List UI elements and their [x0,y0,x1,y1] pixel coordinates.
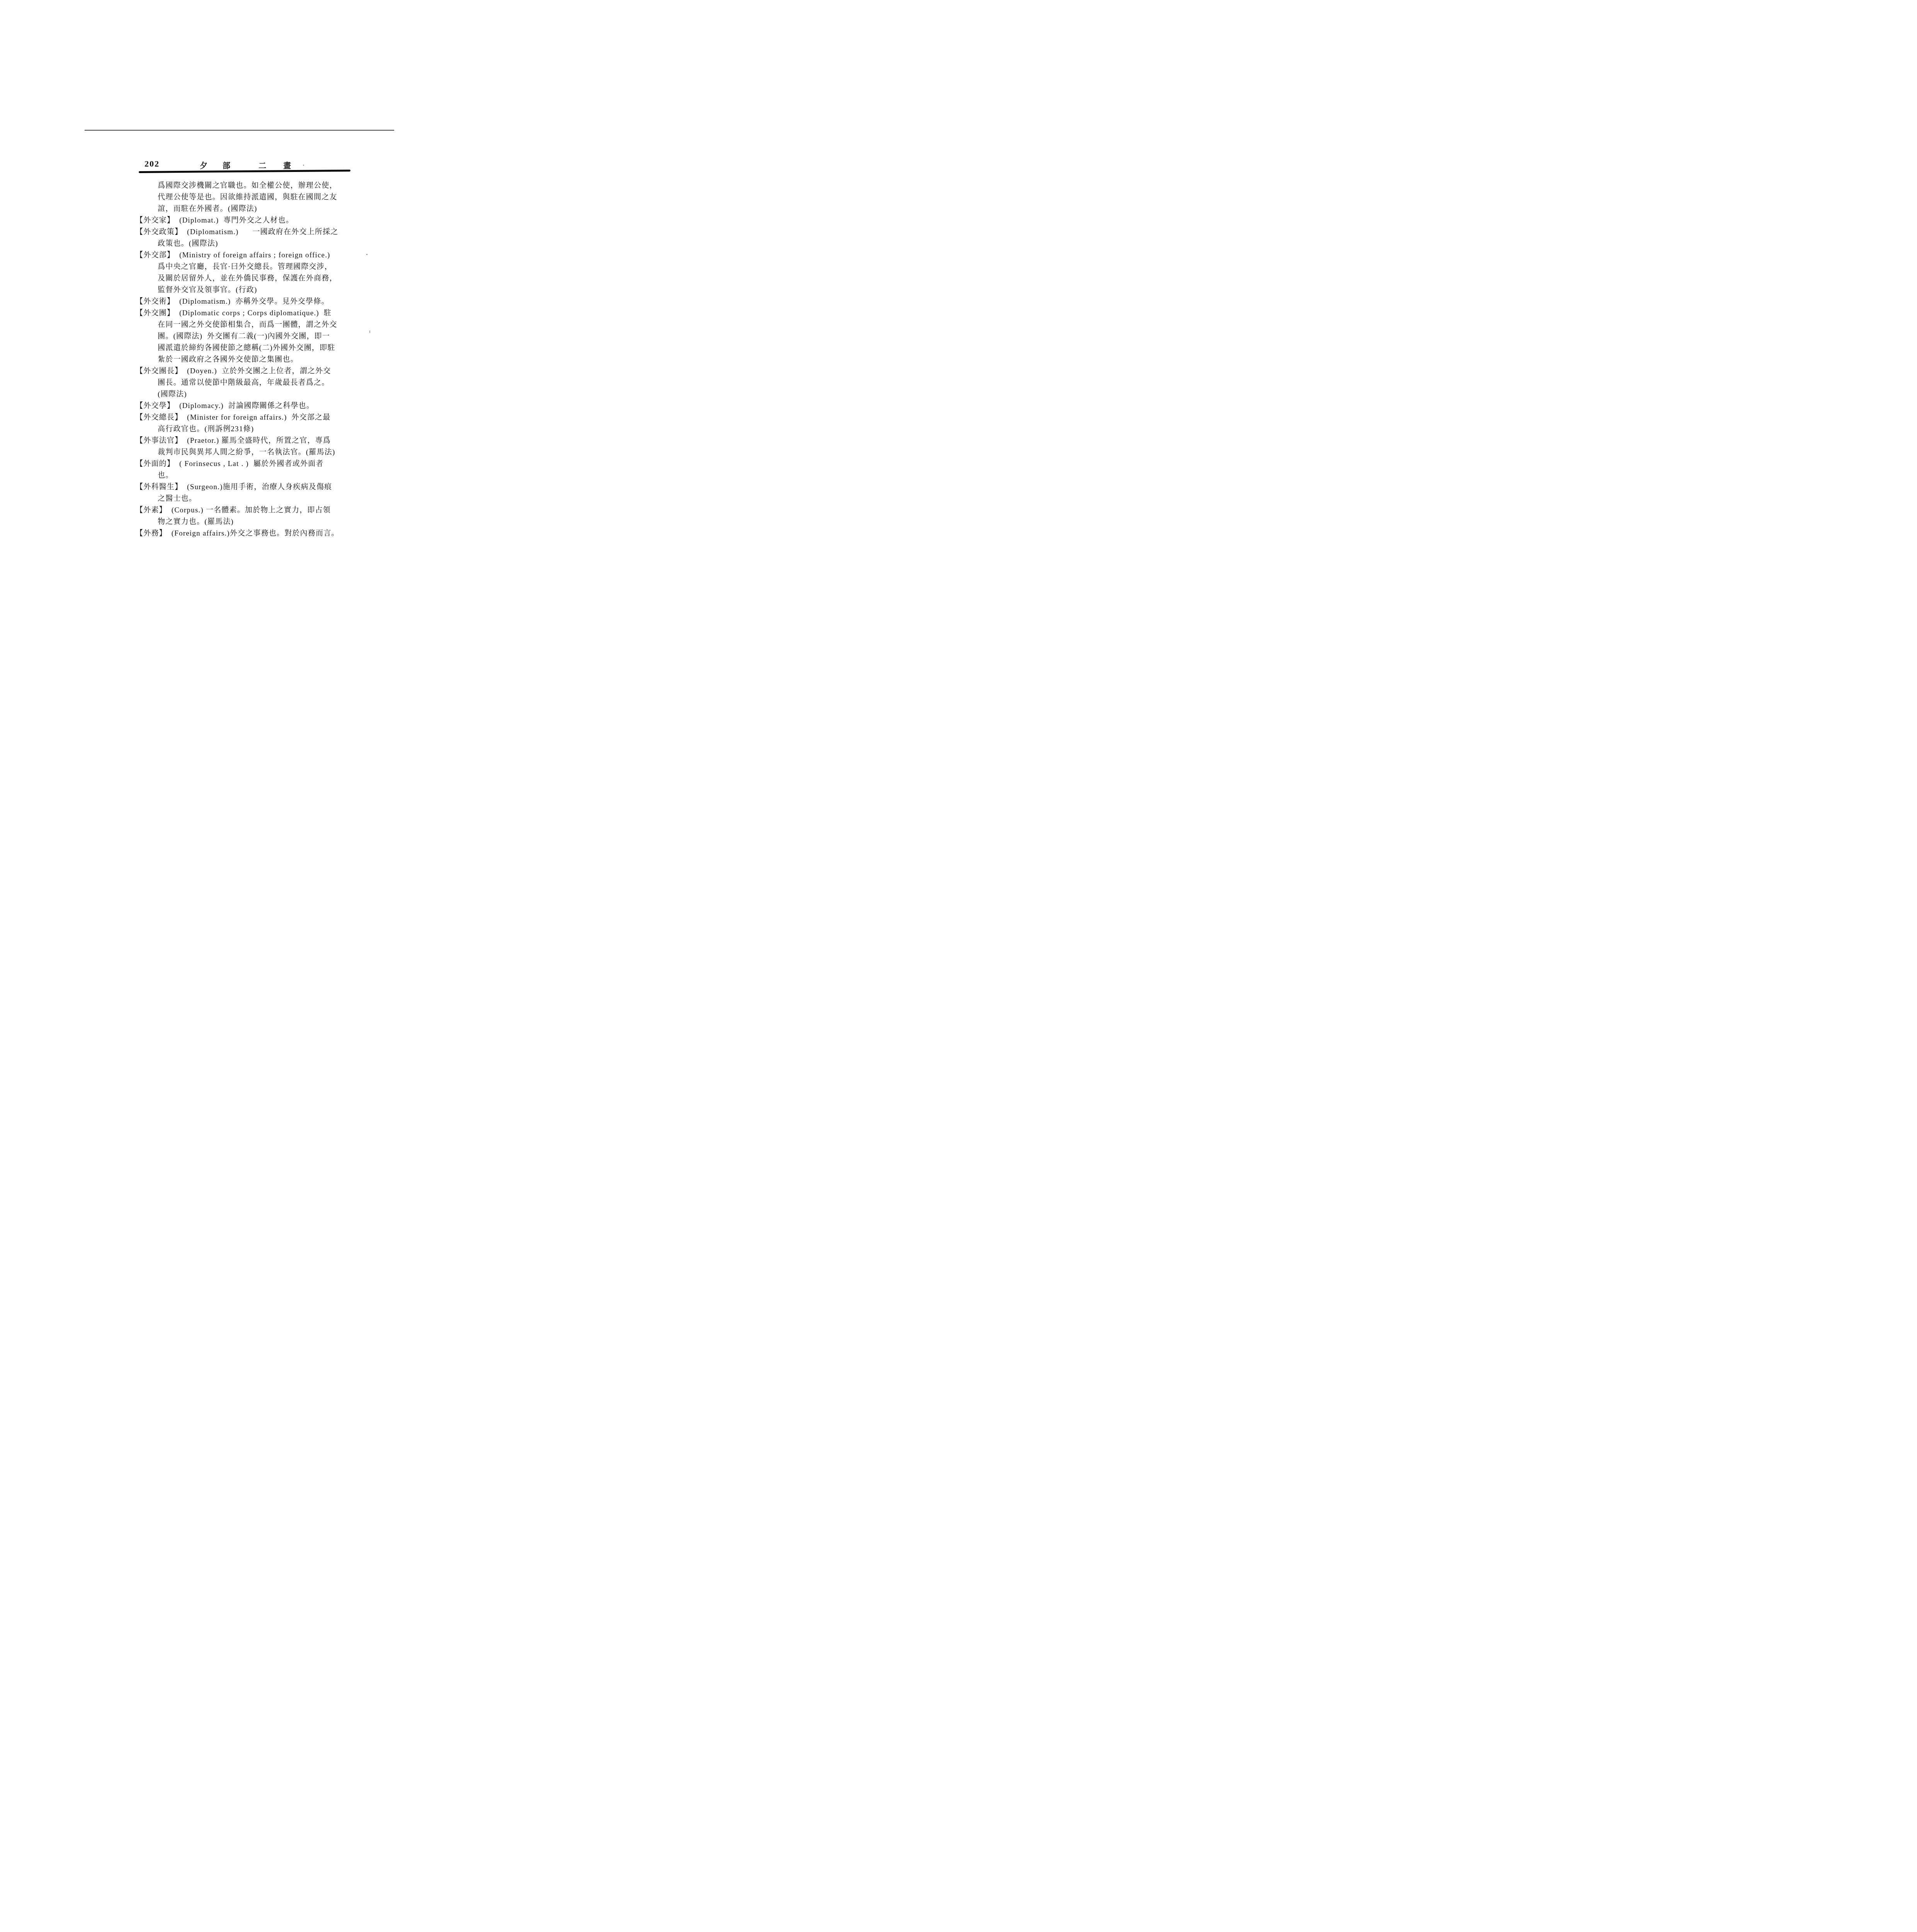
text-line: 國派遣於締約各國使節之總稱(二)外國外交團，即駐 [136,342,383,354]
text-line: 監督外交官及領事官。(行政) [136,284,383,296]
text-line: 爲中央之官廳，長官·曰外交總長。管理國際交涉， [136,261,383,273]
text-line: 裁判市民與異邦人間之紛爭，一名執法官。(羅馬法) [136,447,383,458]
text-line: 【外交團】 (Diplomatic corps ; Corps diplomat… [136,308,383,319]
text-line: 【外交家】 (Diplomat.) 專門外交之人材也。 [136,215,383,226]
text-line: 【外交團長】 (Doyen.) 立於外交團之上位者，謂之外交 [136,366,383,377]
text-line: 【外交學】 (Diplomacy.) 討論國際關係之科學也。 [136,400,383,412]
text-line: 高行政官也。(刑訴例231條) [136,423,383,435]
text-line: 【外交政策】 (Diplomatism.) 一國政府在外交上所採之 [136,226,383,238]
text-line: 【外交部】 (Ministry of foreign affairs ; for… [136,250,383,261]
dictionary-page: 202 夕 部 二 畫 爲國際交涉機關之官職也。如全權公使，辦理公使，代理公使等… [0,0,479,678]
section-char-radical: 夕 [200,160,208,171]
text-line: 及關於居留外人，並在外僑民事務，保護在外商務， [136,273,383,284]
text-line: 誼，而駐在外國者。(國際法) [136,203,383,215]
text-line: 【外面的】 ( Forinsecus , Lat . ) 屬於外國者或外面者 [136,458,383,470]
text-line: 【外交術】 (Diplomatism.) 亦稱外交學。見外交學條。 [136,296,383,308]
scan-speck [366,254,367,255]
text-line: 團長。通常以使節中階級最高，年歲最長者爲之。 [136,377,383,389]
text-line: 代理公使等是也。因欲維持派遣國，與駐在國間之友 [136,192,383,203]
text-line: 在同一國之外交使節相集合，而爲一團體，謂之外交 [136,319,383,331]
header-rule [139,170,350,173]
scan-speck [303,165,304,166]
text-line: 政策也。(國際法) [136,238,383,250]
top-faint-rule [85,130,394,131]
text-line: 紮於一國政府之各國外交使節之集團也。 [136,354,383,366]
text-line: 團。(國際法) 外交團有二義(一)內國外交團，即一 [136,331,383,342]
text-line: 【外交總長】 (Minister for foreign affairs.) 外… [136,412,383,423]
section-char-bu: 部 [223,160,230,171]
section-char-stroke-count: 二 [259,160,266,171]
text-line: 【外務】 (Foreign affairs.)外交之事務也。對於內務而言。 [136,528,383,539]
text-line: 【外事法官】 (Praetor.) 羅馬全盛時代，所置之官，專爲 [136,435,383,447]
text-line: 之醫士也。 [136,493,383,505]
dictionary-body: 爲國際交涉機關之官職也。如全權公使，辦理公使，代理公使等是也。因欲維持派遣國，與… [136,180,383,539]
page-number: 202 [145,159,160,169]
text-line: 也。 [136,470,383,481]
text-line: 爲國際交涉機關之官職也。如全權公使，辦理公使， [136,180,383,192]
text-line: 【外科醫生】 (Surgeon.)施用手術，治療人身疾病及傷痕 [136,481,383,493]
text-line: 【外素】 (Corpus.) 一名體素。加於物上之實力，即占領 [136,505,383,516]
scan-speck [369,330,370,333]
section-char-hua: 畫 [283,160,291,171]
text-line: 物之實力也。(羅馬法) [136,516,383,528]
text-line: (國際法) [136,389,383,400]
